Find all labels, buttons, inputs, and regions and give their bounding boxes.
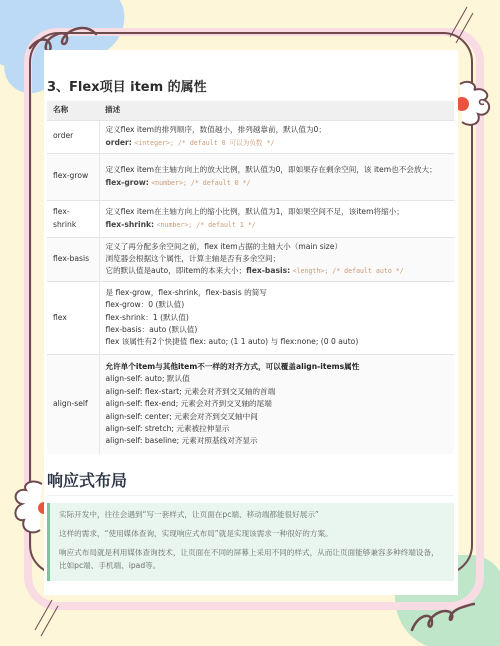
description-line: flex-basis：auto (默认值): [106, 324, 449, 336]
syntax-line: flex-shrink: <number>; /* default 1 */: [106, 219, 449, 231]
syntax-code: <number>; /* default 1 */: [157, 221, 256, 229]
property-name: flex-grow: [47, 153, 99, 200]
description-line-bold: 允许单个item与其他item不一样的对齐方式，可以覆盖align-items属…: [106, 361, 449, 373]
property-name: order: [47, 120, 99, 153]
syntax-code: <length>; /* default auto */: [293, 267, 404, 275]
hatch-marks-bottom-left-icon: [30, 598, 60, 638]
syntax-line: flex-grow: <number>; /* default 0 */: [106, 177, 449, 189]
syntax-label: flex-grow:: [106, 178, 149, 187]
description-text: 它的默认值是auto，即item的本来大小；: [106, 266, 247, 275]
squiggle-top-left-icon: [28, 22, 98, 52]
property-description: 定义flex item在主轴方向上的放大比例，默认值为0，即如果存在剩余空间，该…: [99, 153, 454, 200]
description-line: 浏览器会根据这个属性，计算主轴是否有多余空间；: [106, 253, 449, 265]
description-line: align-self: stretch; 元素被拉伸显示: [106, 423, 449, 435]
table-row: flex-shrink 定义flex item在主轴方向上的缩小比例，默认值为1…: [47, 200, 454, 237]
description-line: 定义flex item在主轴方向上的放大比例，默认值为0，即如果存在剩余空间，该…: [106, 164, 449, 176]
description-line: align-self: flex-end; 元素会对齐到交叉轴的尾端: [106, 398, 449, 410]
quote-paragraph: 响应式布局就是利用媒体查询技术，让页面在不同的屏幕上采用不同的样式，从而让页面能…: [59, 546, 446, 572]
table-row: flex-basis 定义了再分配多余空间之前，flex item占据的主轴大小…: [47, 237, 454, 281]
table-row: flex-grow 定义flex item在主轴方向上的放大比例，默认值为0，即…: [47, 153, 454, 200]
description-line: align-self: baseline; 元素对照基线对齐显示: [106, 435, 449, 447]
property-description: 定义flex item在主轴方向上的缩小比例，默认值为1，即如果空间不足，该it…: [99, 200, 454, 237]
section-title: 3、Flex项目 item 的属性: [47, 76, 207, 95]
responsive-layout-blockquote: 实际开发中，往往会遇到“写一套样式，让页面在pc端、移动端都能很好展示” 这样的…: [47, 503, 454, 581]
description-line: align-self: center; 元素会对齐到交叉轴中间: [106, 411, 449, 423]
description-line: 定义了再分配多余空间之前，flex item占据的主轴大小（main size）: [106, 241, 449, 253]
property-name: align-self: [47, 354, 99, 454]
column-header-name: 名称: [47, 101, 99, 120]
table-row: order 定义flex item的排列顺序，数值越小，排列越靠前，默认值为0；…: [47, 120, 454, 153]
description-line: align-self: auto; 默认值: [106, 373, 449, 385]
flex-item-properties-table: 名称 描述 order 定义flex item的排列顺序，数值越小，排列越靠前，…: [47, 101, 454, 454]
syntax-label: flex-shrink:: [106, 220, 155, 229]
property-description: 是 flex-grow，flex-shrink，flex-basis 的简写 f…: [99, 281, 454, 354]
syntax-code: <integer>; /* default 0 可以为负数 */: [134, 139, 274, 147]
quote-paragraph: 这样的需求，“使用媒体查询，实现响应式布局”就是实现该需求一种很好的方案。: [59, 527, 446, 540]
syntax-label: flex-basis:: [246, 266, 290, 275]
property-description: 定义flex item的排列顺序，数值越小，排列越靠前，默认值为0； order…: [99, 120, 454, 153]
property-name: flex: [47, 281, 99, 354]
property-name: flex-shrink: [47, 200, 99, 237]
syntax-label: order:: [106, 138, 132, 147]
column-header-description: 描述: [99, 101, 454, 120]
description-line: 定义flex item在主轴方向上的缩小比例，默认值为1，即如果空间不足，该it…: [106, 206, 449, 218]
table-row: flex 是 flex-grow，flex-shrink，flex-basis …: [47, 281, 454, 354]
responsive-layout-heading: 响应式布局: [47, 468, 127, 491]
property-description: 定义了再分配多余空间之前，flex item占据的主轴大小（main size）…: [99, 237, 454, 281]
syntax-line: 它的默认值是auto，即item的本来大小；flex-basis: <lengt…: [106, 265, 449, 277]
description-line: 定义flex item的排列顺序，数值越小，排列越靠前，默认值为0；: [106, 124, 449, 136]
description-line: align-self: flex-start; 元素会对齐到交叉轴的首端: [106, 386, 449, 398]
description-line: 是 flex-grow，flex-shrink，flex-basis 的简写: [106, 287, 449, 299]
table-row: align-self 允许单个item与其他item不一样的对齐方式，可以覆盖a…: [47, 354, 454, 454]
property-name: flex-basis: [47, 237, 99, 281]
flower-doodle-right-icon: [456, 78, 496, 133]
syntax-line: order: <integer>; /* default 0 可以为负数 */: [106, 137, 449, 149]
squiggle-bottom-right-icon: [410, 600, 475, 632]
hatch-marks-top-right-icon: [445, 5, 475, 45]
description-line: flex-grow：0 (默认值): [106, 299, 449, 311]
table-header-row: 名称 描述: [47, 101, 454, 120]
heading-divider: [47, 495, 454, 496]
syntax-code: <number>; /* default 0 */: [151, 179, 250, 187]
quote-paragraph: 实际开发中，往往会遇到“写一套样式，让页面在pc端、移动端都能很好展示”: [59, 508, 446, 521]
description-line: flex 该属性有2个快捷值 flex: auto; (1 1 auto) 与 …: [106, 336, 449, 348]
flower-doodle-left-icon: [12, 478, 48, 538]
property-description: 允许单个item与其他item不一样的对齐方式，可以覆盖align-items属…: [99, 354, 454, 454]
description-line: flex-shrink：1 (默认值): [106, 312, 449, 324]
